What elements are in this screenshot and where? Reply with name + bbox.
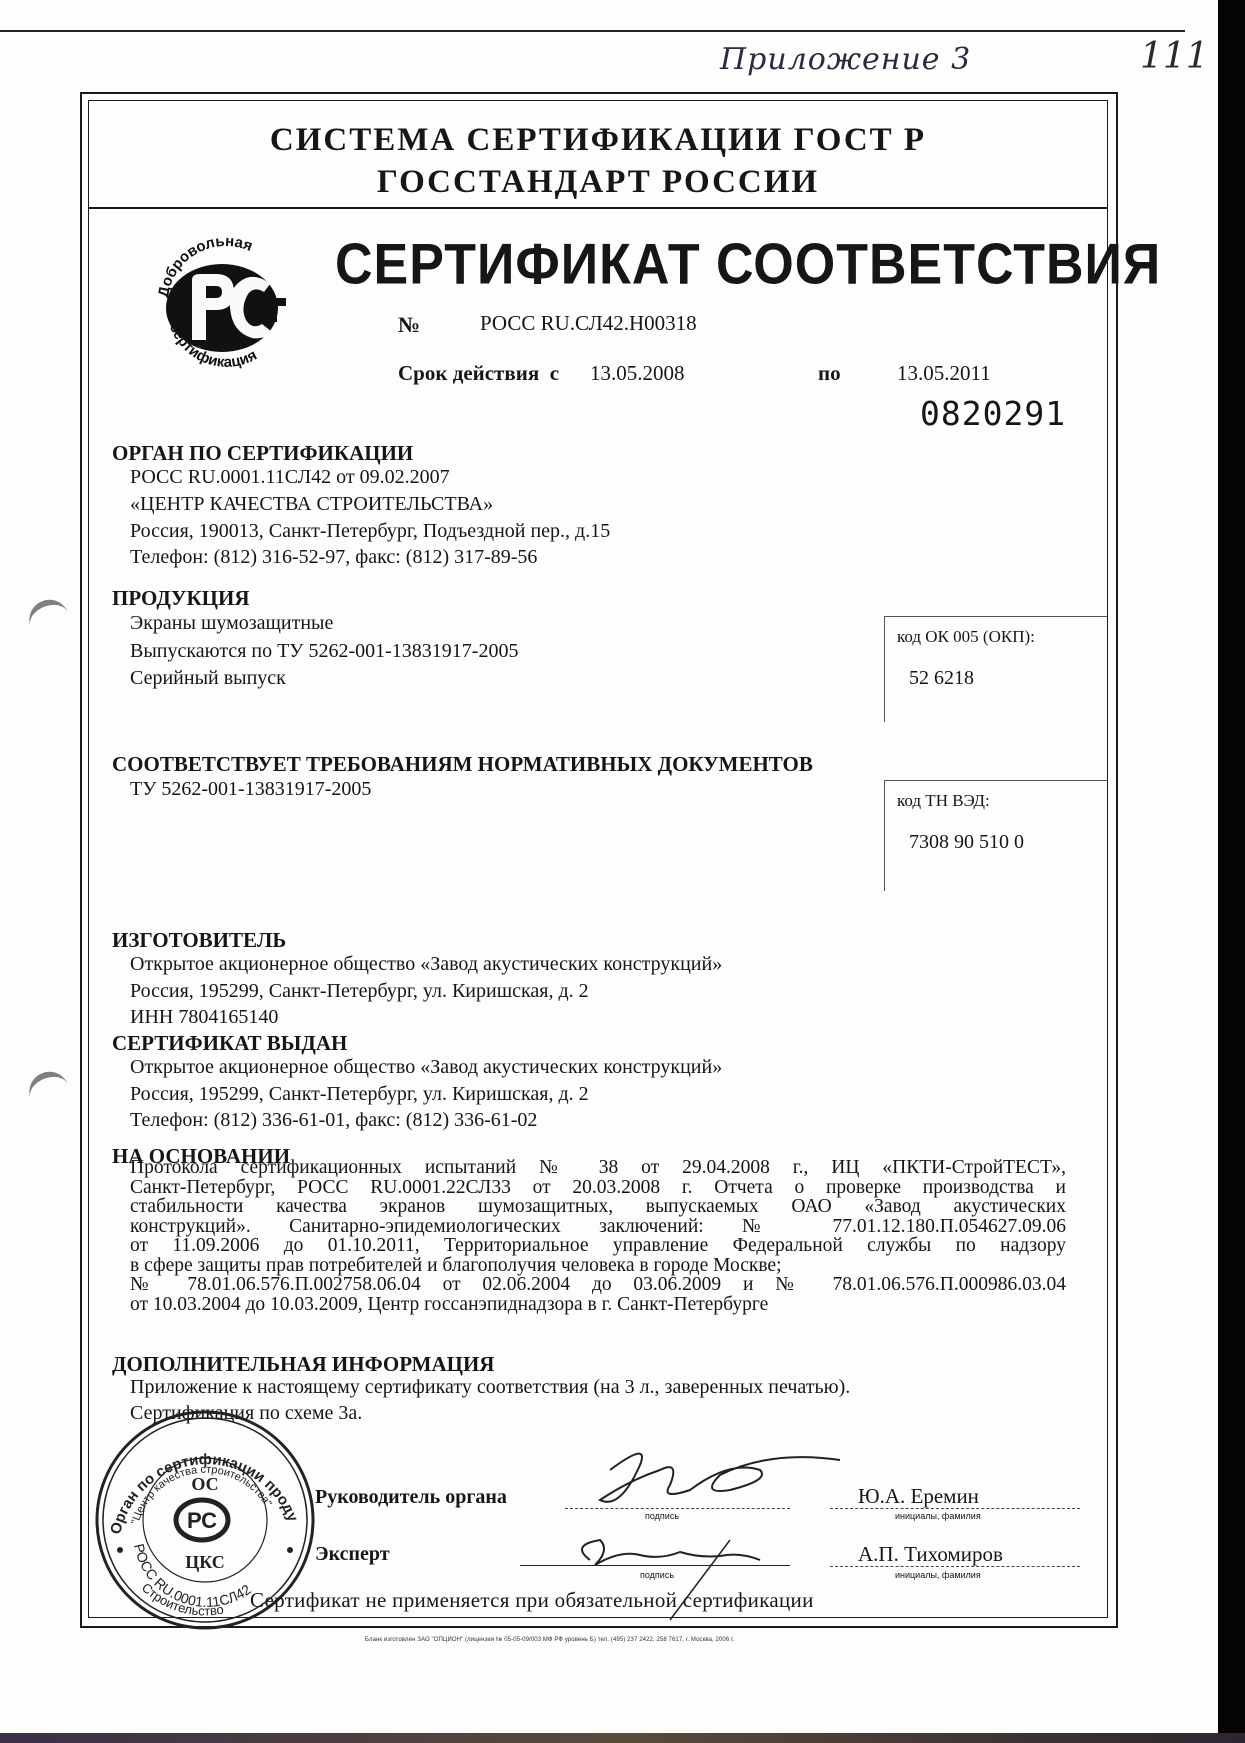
issued-to-line: Телефон: (812) 336-61-01, факс: (812) 33… [130,1109,537,1132]
manufacturer-line: Открытое акционерное общество «Завод аку… [130,953,722,976]
expert-name-line [830,1566,1080,1567]
tnved-code-label: код ТН ВЭД: [897,791,990,811]
manufacturer-heading: ИЗГОТОВИТЕЛЬ [112,928,286,953]
basis-line: от 11.09.2006 до 01.10.2011, Территориал… [130,1236,1066,1256]
product-line: Выпускаются по ТУ 5262-001-13831917-2005 [130,640,518,663]
header-system: СИСТЕМА СЕРТИФИКАЦИИ ГОСТ Р [89,119,1107,161]
certificate-header: СИСТЕМА СЕРТИФИКАЦИИ ГОСТ Р ГОССТАНДАРТ … [89,101,1107,209]
okp-code-value: 52 6218 [909,667,974,690]
head-of-body-label: Руководитель органа [315,1486,507,1509]
valid-to-label: по [818,361,841,386]
okp-code-label: код ОК 005 (ОКП): [897,627,1035,647]
punch-hole-mark [24,1066,73,1110]
head-signature-icon [570,1440,870,1520]
blank-printer-imprint: Бланк изготовлен ЗАО "ОПЦИОН" (лицензия … [365,1637,734,1643]
additional-info-heading: ДОПОЛНИТЕЛЬНАЯ ИНФОРМАЦИЯ [112,1352,494,1377]
certification-body-line: «ЦЕНТР КАЧЕСТВА СТРОИТЕЛЬСТВА» [130,493,493,516]
product-line: Серийный выпуск [130,667,286,690]
tnved-code-value: 7308 90 510 0 [909,831,1024,854]
seal-center-bottom: ЦКС [185,1552,225,1572]
svg-text:РС: РС [187,1508,217,1533]
voluntary-disclaimer: Сертификат не применяется при обязательн… [250,1588,814,1613]
expert-signature-icon [560,1520,820,1630]
certificate-title: СЕРТИФИКАТ СООТВЕТСТВИЯ [335,232,1161,298]
expert-label: Эксперт [315,1543,390,1566]
validity-label-text: Срок действия [398,361,539,385]
top-rule [0,30,1185,32]
blank-serial-number: 0820291 [920,394,1066,433]
valid-from-date: 13.05.2008 [590,361,685,386]
issued-to-heading: СЕРТИФИКАТ ВЫДАН [112,1031,347,1056]
product-heading: ПРОДУКЦИЯ [112,586,250,611]
conformity-heading: СООТВЕТСТВУЕТ ТРЕБОВАНИЯМ НОРМАТИВНЫХ ДО… [112,752,813,777]
certification-body-line: РОСС RU.0001.11СЛ42 от 09.02.2007 [130,466,450,489]
voluntary-certification-logo-icon: Добровольная сертификация [150,228,300,378]
issued-to-line: Россия, 195299, Санкт-Петербург, ул. Кир… [130,1083,589,1106]
header-agency: ГОССТАНДАРТ РОССИИ [89,161,1107,203]
certificate-number-label: № [398,312,420,338]
certification-body-line: Россия, 190013, Санкт-Петербург, Подъезд… [130,520,610,543]
basis-line: конструкций». Санитарно-эпидемиологическ… [130,1217,1066,1237]
basis-line: от 10.03.2004 до 10.03.2009, Центр госса… [130,1295,1066,1315]
manufacturer-line: ИНН 7804165140 [130,1006,278,1029]
validity-from-label: с [550,361,559,385]
basis-line: Санкт-Петербург, РОСС RU.0001.22СЛ33 от … [130,1178,1066,1198]
certification-body-line: Телефон: (812) 316-52-97, факс: (812) 31… [130,546,537,569]
product-line: Экраны шумозащитные [130,612,333,635]
validity-label: Срок действия с [398,361,559,386]
valid-to-date: 13.05.2011 [897,361,991,386]
expert-name-caption: инициалы, фамилия [895,1570,981,1580]
basis-line: № 78.01.06.576.П.002758.06.04 от 02.06.2… [130,1275,1066,1295]
head-name: Ю.А. Еремин [858,1484,979,1509]
basis-line: в сфере защиты прав потребителей и благо… [130,1256,1066,1276]
head-name-caption: инициалы, фамилия [895,1511,981,1521]
punch-hole-mark [24,594,73,638]
basis-text: Протокола сертификационных испытаний № 3… [130,1158,1066,1314]
scan-edge-shadow [1218,0,1245,1743]
head-name-line [830,1508,1080,1509]
basis-line: стабильности качества экранов шумозащитн… [130,1197,1066,1217]
seal-center-top: ОС [191,1474,218,1494]
additional-info-line: Приложение к настоящему сертификату соот… [130,1376,850,1399]
expert-name: А.П. Тихомиров [858,1542,1003,1567]
okp-code-box: код ОК 005 (ОКП): 52 6218 [884,616,1107,722]
tnved-code-box: код ТН ВЭД: 7308 90 510 0 [884,780,1107,891]
certificate-number: РОСС RU.СЛ42.Н00318 [480,311,697,336]
manufacturer-line: Россия, 195299, Санкт-Петербург, ул. Кир… [130,980,589,1003]
handwritten-page-number: 111 [1140,36,1209,77]
issued-to-line: Открытое акционерное общество «Завод аку… [130,1056,722,1079]
scan-bottom-edge [0,1733,1245,1743]
certification-body-heading: ОРГАН ПО СЕРТИФИКАЦИИ [112,441,413,466]
handwritten-annex-note: Приложение 3 [720,42,971,77]
conformity-line: ТУ 5262-001-13831917-2005 [130,778,371,801]
basis-line: Протокола сертификационных испытаний № 3… [130,1158,1066,1178]
